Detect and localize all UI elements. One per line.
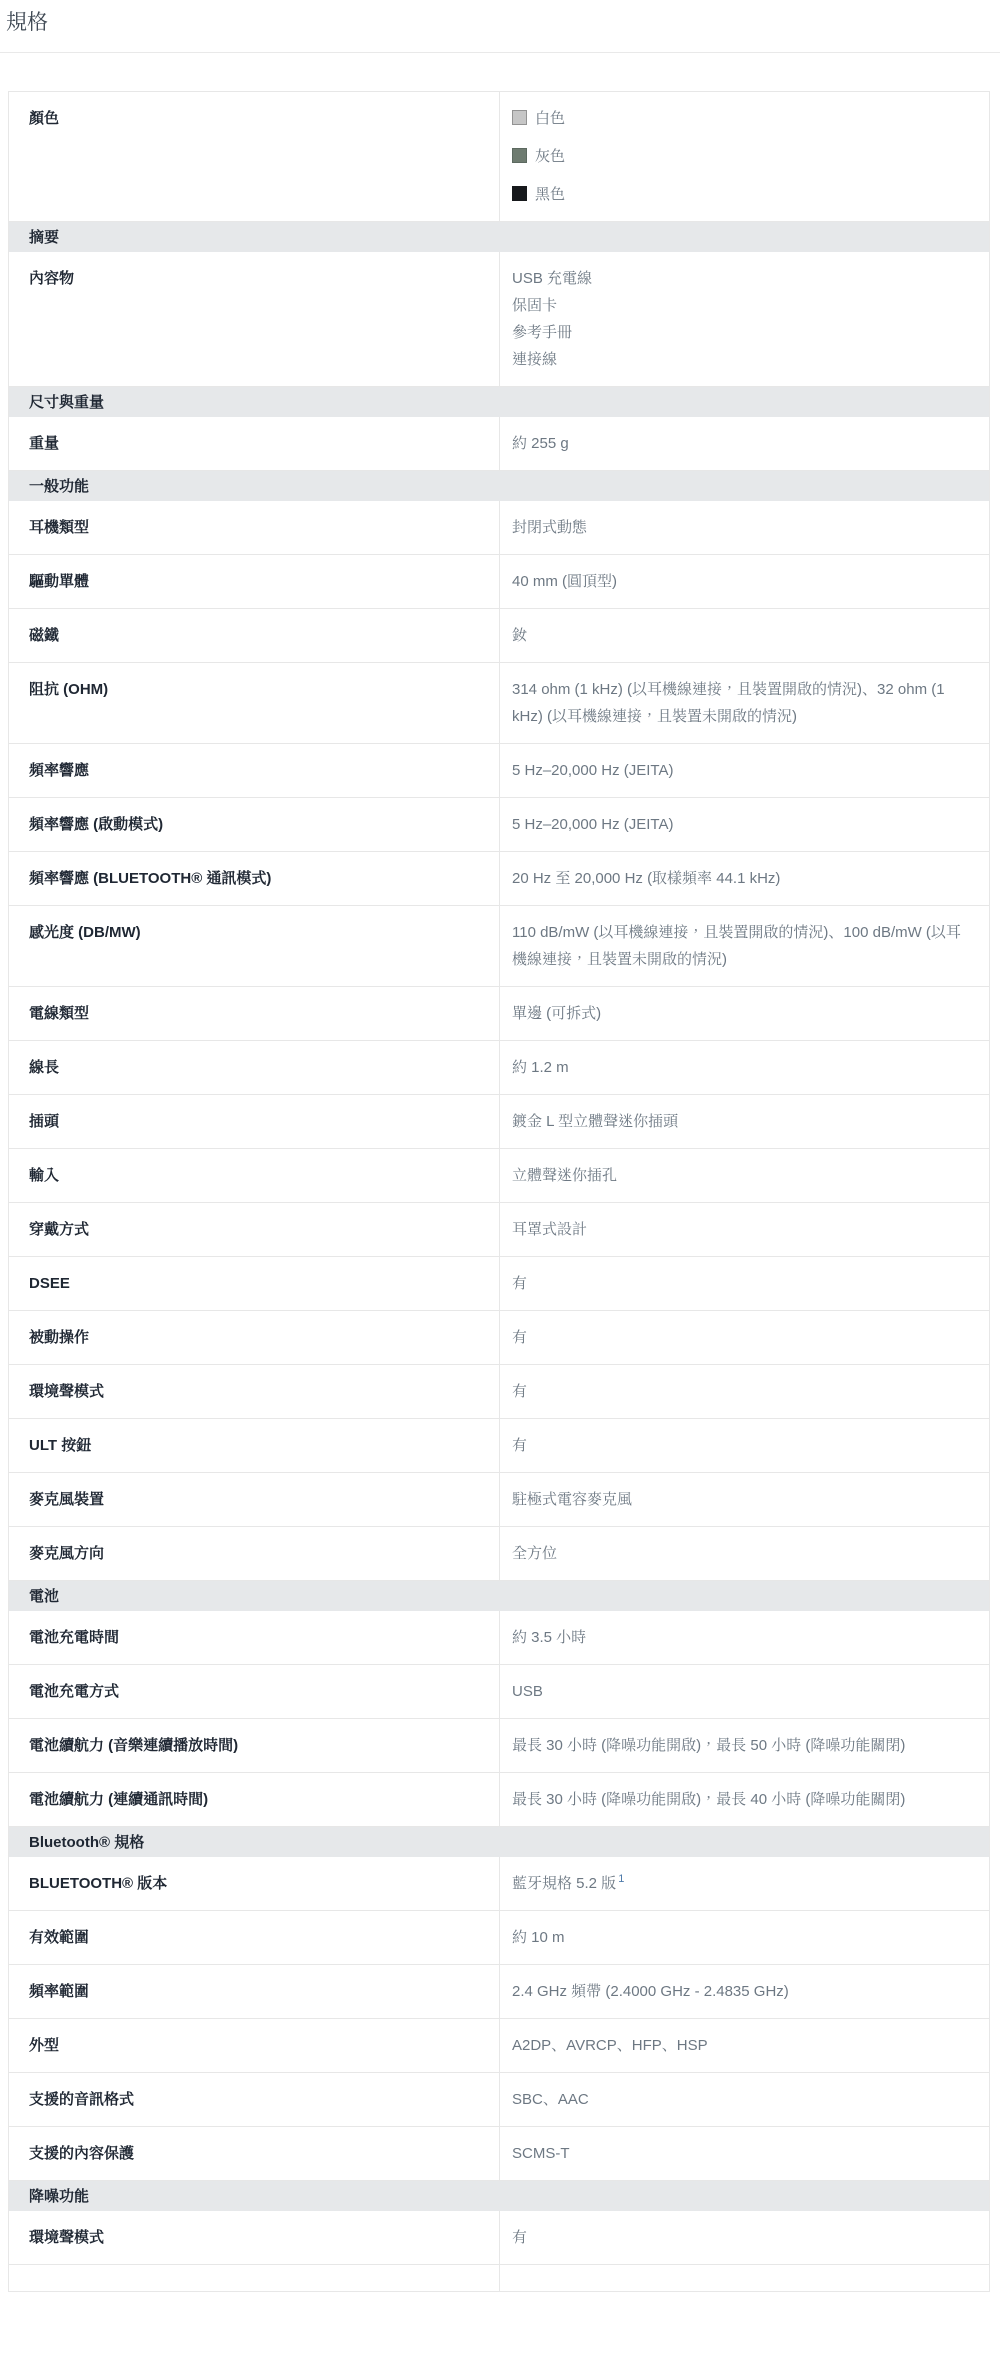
spec-value: 110 dB/mW (以耳機線連接，且裝置開啟的情況)、100 dB/mW (以… xyxy=(499,906,989,986)
table-row: 線長約 1.2 m xyxy=(9,1041,989,1095)
table-row: 被動操作有 xyxy=(9,1311,989,1365)
table-row: 阻抗 (OHM)314 ohm (1 kHz) (以耳機線連接，且裝置開啟的情況… xyxy=(9,663,989,744)
spec-value-text: 5 Hz–20,000 Hz (JEITA) xyxy=(512,757,971,784)
spec-value: 最長 30 小時 (降噪功能開啟)，最長 40 小時 (降噪功能關閉) xyxy=(499,1773,989,1826)
spec-value: USB 充電線保固卡參考手冊連接線 xyxy=(499,252,989,386)
spec-label: 有效範圍 xyxy=(9,1911,499,1964)
section-header: Bluetooth® 規格 xyxy=(9,1827,989,1857)
spec-value-text: 連接線 xyxy=(512,346,971,373)
spec-value: 5 Hz–20,000 Hz (JEITA) xyxy=(499,798,989,851)
spec-label: BLUETOOTH® 版本 xyxy=(9,1857,499,1910)
table-row: 內容物USB 充電線保固卡參考手冊連接線 xyxy=(9,252,989,387)
spec-value-text: USB 充電線 xyxy=(512,265,971,292)
spec-value: 釹 xyxy=(499,609,989,662)
spec-value: 藍牙規格 5.2 版1 xyxy=(499,1857,989,1910)
table-row: 頻率響應 (BLUETOOTH® 通訊模式)20 Hz 至 20,000 Hz … xyxy=(9,852,989,906)
spec-value: 314 ohm (1 kHz) (以耳機線連接，且裝置開啟的情況)、32 ohm… xyxy=(499,663,989,743)
spec-label: ULT 按鈕 xyxy=(9,1419,499,1472)
spec-value-text: 耳罩式設計 xyxy=(512,1216,971,1243)
table-row: 驅動單體40 mm (圓頂型) xyxy=(9,555,989,609)
table-row: 輸入立體聲迷你插孔 xyxy=(9,1149,989,1203)
table-row: 有效範圍約 10 m xyxy=(9,1911,989,1965)
color-option: 白色 xyxy=(512,105,971,132)
spec-value-text: 314 ohm (1 kHz) (以耳機線連接，且裝置開啟的情況)、32 ohm… xyxy=(512,676,971,730)
table-row: 支援的內容保護SCMS-T xyxy=(9,2127,989,2181)
spec-value-text: 5 Hz–20,000 Hz (JEITA) xyxy=(512,811,971,838)
spec-value: 有 xyxy=(499,1419,989,1472)
section-header: 尺寸與重量 xyxy=(9,387,989,417)
spec-label: 支援的音訊格式 xyxy=(9,2073,499,2126)
spec-value-text: 有 xyxy=(512,1432,971,1459)
spec-value xyxy=(499,2265,989,2291)
color-swatch-icon xyxy=(512,148,527,163)
table-row: 頻率響應5 Hz–20,000 Hz (JEITA) xyxy=(9,744,989,798)
color-name: 黑色 xyxy=(535,186,565,203)
spec-value: 40 mm (圓頂型) xyxy=(499,555,989,608)
table-row: 環境聲模式有 xyxy=(9,1365,989,1419)
spec-label: 阻抗 (OHM) xyxy=(9,663,499,743)
table-row: 顏色白色灰色黑色 xyxy=(9,92,989,222)
spec-value-text: 有 xyxy=(512,2224,971,2251)
spec-value-text: 鍍金 L 型立體聲迷你插頭 xyxy=(512,1108,971,1135)
spec-value: 有 xyxy=(499,2211,989,2264)
color-option: 黑色 xyxy=(512,181,971,208)
spec-label: 電池續航力 (連續通訊時間) xyxy=(9,1773,499,1826)
spec-label: 顏色 xyxy=(9,92,499,221)
spec-label: 感光度 (DB/MW) xyxy=(9,906,499,986)
table-row: 電池充電時間約 3.5 小時 xyxy=(9,1611,989,1665)
spec-value-text: A2DP、AVRCP、HFP、HSP xyxy=(512,2032,971,2059)
spec-label: 支援的內容保護 xyxy=(9,2127,499,2180)
spec-label: 電池充電時間 xyxy=(9,1611,499,1664)
spec-value: 全方位 xyxy=(499,1527,989,1580)
table-row: 耳機類型封閉式動態 xyxy=(9,501,989,555)
table-row: ULT 按鈕有 xyxy=(9,1419,989,1473)
spec-label: 電池充電方式 xyxy=(9,1665,499,1718)
spec-value-text: 20 Hz 至 20,000 Hz (取樣頻率 44.1 kHz) xyxy=(512,865,971,892)
table-row: 麥克風方向全方位 xyxy=(9,1527,989,1581)
section-header: 降噪功能 xyxy=(9,2181,989,2211)
spec-value-text: 約 1.2 m xyxy=(512,1054,971,1081)
spec-value: 白色灰色黑色 xyxy=(499,92,989,221)
spec-label: 輸入 xyxy=(9,1149,499,1202)
spec-value: A2DP、AVRCP、HFP、HSP xyxy=(499,2019,989,2072)
table-row: 電池充電方式USB xyxy=(9,1665,989,1719)
spec-value-text: 最長 30 小時 (降噪功能開啟)，最長 40 小時 (降噪功能關閉) xyxy=(512,1786,971,1813)
spec-label: 驅動單體 xyxy=(9,555,499,608)
spec-value: 最長 30 小時 (降噪功能開啟)，最長 50 小時 (降噪功能關閉) xyxy=(499,1719,989,1772)
spec-label: 重量 xyxy=(9,417,499,470)
spec-value-text: 立體聲迷你插孔 xyxy=(512,1162,971,1189)
spec-label: 線長 xyxy=(9,1041,499,1094)
spec-value: 耳罩式設計 xyxy=(499,1203,989,1256)
specifications-table: 顏色白色灰色黑色摘要內容物USB 充電線保固卡參考手冊連接線尺寸與重量重量約 2… xyxy=(8,91,990,2292)
spec-value: 20 Hz 至 20,000 Hz (取樣頻率 44.1 kHz) xyxy=(499,852,989,905)
spec-value-text: 有 xyxy=(512,1324,971,1351)
table-row: 感光度 (DB/MW)110 dB/mW (以耳機線連接，且裝置開啟的情況)、1… xyxy=(9,906,989,987)
table-row: 支援的音訊格式SBC、AAC xyxy=(9,2073,989,2127)
section-header: 摘要 xyxy=(9,222,989,252)
spec-value-text: 約 3.5 小時 xyxy=(512,1624,971,1651)
table-row: 頻率響應 (啟動模式)5 Hz–20,000 Hz (JEITA) xyxy=(9,798,989,852)
spec-value: 有 xyxy=(499,1311,989,1364)
spec-value-text: 110 dB/mW (以耳機線連接，且裝置開啟的情況)、100 dB/mW (以… xyxy=(512,919,971,973)
spec-value: 約 3.5 小時 xyxy=(499,1611,989,1664)
table-row: 重量約 255 g xyxy=(9,417,989,471)
spec-label: 電池續航力 (音樂連續播放時間) xyxy=(9,1719,499,1772)
spec-label xyxy=(9,2265,499,2291)
spec-value-text: 單邊 (可拆式) xyxy=(512,1000,971,1027)
spec-label: 被動操作 xyxy=(9,1311,499,1364)
color-name: 白色 xyxy=(535,110,565,127)
spec-label: DSEE xyxy=(9,1257,499,1310)
section-header: 一般功能 xyxy=(9,471,989,501)
table-row: DSEE有 xyxy=(9,1257,989,1311)
spec-value: 5 Hz–20,000 Hz (JEITA) xyxy=(499,744,989,797)
spec-value-text: 駐極式電容麥克風 xyxy=(512,1486,971,1513)
spec-value: 鍍金 L 型立體聲迷你插頭 xyxy=(499,1095,989,1148)
spec-label: 耳機類型 xyxy=(9,501,499,554)
spec-value: 約 1.2 m xyxy=(499,1041,989,1094)
footnote-link[interactable]: 1 xyxy=(618,1873,624,1885)
spec-value-text: 保固卡 xyxy=(512,292,971,319)
spec-label: 頻率範圍 xyxy=(9,1965,499,2018)
spec-value-text: 有 xyxy=(512,1378,971,1405)
spec-value: SBC、AAC xyxy=(499,2073,989,2126)
table-row: 插頭鍍金 L 型立體聲迷你插頭 xyxy=(9,1095,989,1149)
table-row: 頻率範圍2.4 GHz 頻帶 (2.4000 GHz - 2.4835 GHz) xyxy=(9,1965,989,2019)
spec-value-text: 釹 xyxy=(512,622,971,649)
color-name: 灰色 xyxy=(535,148,565,165)
table-row: 電線類型單邊 (可拆式) xyxy=(9,987,989,1041)
spec-value-text: 2.4 GHz 頻帶 (2.4000 GHz - 2.4835 GHz) xyxy=(512,1978,971,2005)
table-row: 麥克風裝置駐極式電容麥克風 xyxy=(9,1473,989,1527)
color-option: 灰色 xyxy=(512,143,971,170)
spec-value-text: SCMS-T xyxy=(512,2140,971,2167)
spec-value-text: 有 xyxy=(512,1270,971,1297)
section-header: 電池 xyxy=(9,1581,989,1611)
page-title: 規格 xyxy=(0,0,1000,36)
table-row: 電池續航力 (音樂連續播放時間)最長 30 小時 (降噪功能開啟)，最長 50 … xyxy=(9,1719,989,1773)
spec-value-text: 約 255 g xyxy=(512,430,971,457)
spec-value: 駐極式電容麥克風 xyxy=(499,1473,989,1526)
spec-value: 約 10 m xyxy=(499,1911,989,1964)
spec-value-text: 封閉式動態 xyxy=(512,514,971,541)
spec-label: 電線類型 xyxy=(9,987,499,1040)
spec-value-text: 藍牙規格 5.2 版1 xyxy=(512,1870,971,1897)
spec-label: 頻率響應 (BLUETOOTH® 通訊模式) xyxy=(9,852,499,905)
spec-value: 立體聲迷你插孔 xyxy=(499,1149,989,1202)
table-row-partial xyxy=(9,2265,989,2292)
spec-label: 內容物 xyxy=(9,252,499,386)
spec-label: 磁鐵 xyxy=(9,609,499,662)
spec-label: 頻率響應 xyxy=(9,744,499,797)
spec-value: 有 xyxy=(499,1365,989,1418)
spec-value: SCMS-T xyxy=(499,2127,989,2180)
spec-label: 穿戴方式 xyxy=(9,1203,499,1256)
spec-value-text: 最長 30 小時 (降噪功能開啟)，最長 50 小時 (降噪功能關閉) xyxy=(512,1732,971,1759)
spec-label: 環境聲模式 xyxy=(9,1365,499,1418)
spec-value-text: 全方位 xyxy=(512,1540,971,1567)
spec-value: 封閉式動態 xyxy=(499,501,989,554)
table-row: 環境聲模式有 xyxy=(9,2211,989,2265)
spec-value-text: 約 10 m xyxy=(512,1924,971,1951)
table-row: 外型A2DP、AVRCP、HFP、HSP xyxy=(9,2019,989,2073)
spec-label: 環境聲模式 xyxy=(9,2211,499,2264)
color-swatch-icon xyxy=(512,186,527,201)
title-divider xyxy=(0,52,1000,53)
color-swatch-icon xyxy=(512,110,527,125)
spec-label: 麥克風方向 xyxy=(9,1527,499,1580)
spec-value-text: 參考手冊 xyxy=(512,319,971,346)
table-row: 電池續航力 (連續通訊時間)最長 30 小時 (降噪功能開啟)，最長 40 小時… xyxy=(9,1773,989,1827)
spec-label: 插頭 xyxy=(9,1095,499,1148)
table-row: BLUETOOTH® 版本藍牙規格 5.2 版1 xyxy=(9,1857,989,1911)
spec-value-text: USB xyxy=(512,1678,971,1705)
spec-value: 約 255 g xyxy=(499,417,989,470)
spec-label: 麥克風裝置 xyxy=(9,1473,499,1526)
spec-value: USB xyxy=(499,1665,989,1718)
spec-label: 外型 xyxy=(9,2019,499,2072)
table-row: 穿戴方式耳罩式設計 xyxy=(9,1203,989,1257)
spec-value-text: 40 mm (圓頂型) xyxy=(512,568,971,595)
spec-label: 頻率響應 (啟動模式) xyxy=(9,798,499,851)
spec-value: 單邊 (可拆式) xyxy=(499,987,989,1040)
spec-value-text: SBC、AAC xyxy=(512,2086,971,2113)
spec-value: 2.4 GHz 頻帶 (2.4000 GHz - 2.4835 GHz) xyxy=(499,1965,989,2018)
table-row: 磁鐵釹 xyxy=(9,609,989,663)
spec-value: 有 xyxy=(499,1257,989,1310)
